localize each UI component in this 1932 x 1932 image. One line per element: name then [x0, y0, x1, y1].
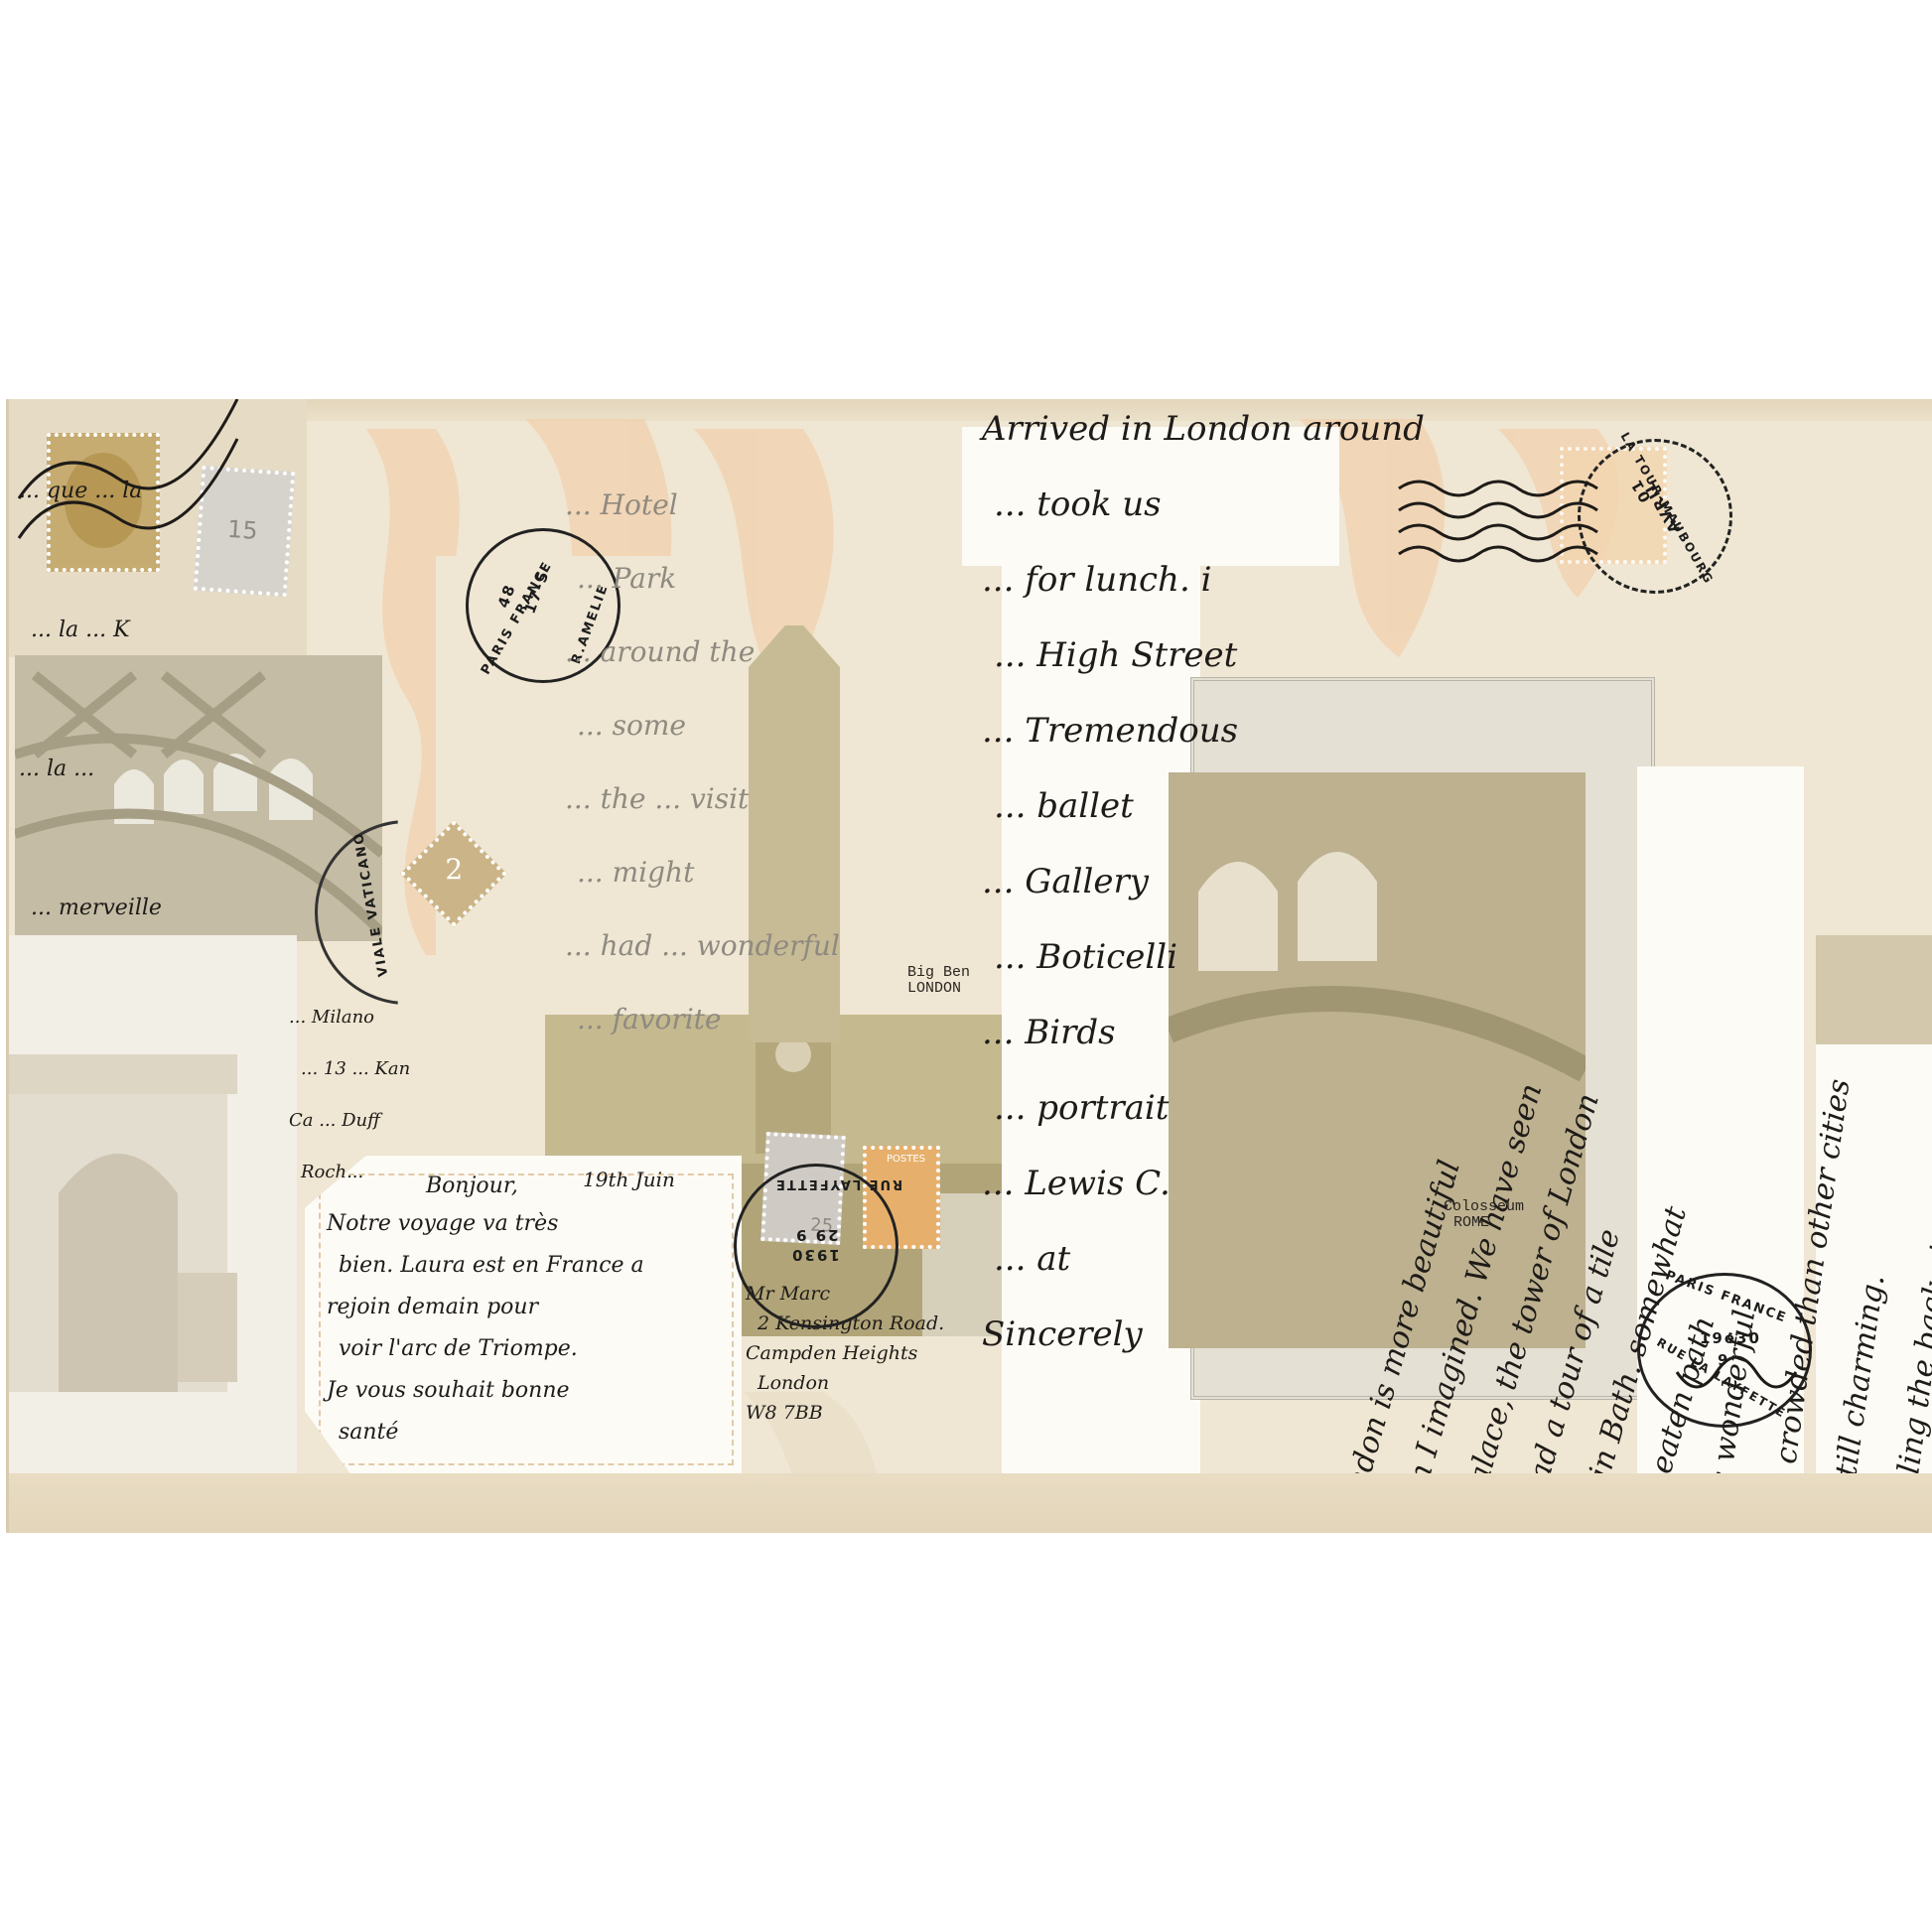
handwritten-line: Sincerely	[982, 1314, 1143, 1354]
handwritten-line: ... merveille	[31, 896, 162, 920]
handwritten-line: ... Milano	[289, 1007, 374, 1028]
handwritten-line: ... ballet	[994, 786, 1134, 826]
handwritten-line: ... Park	[577, 562, 676, 595]
handwritten-line: ... had ... wonderful	[565, 929, 840, 962]
handwritten-line: ... the ... visit	[565, 782, 749, 815]
handwritten-line: ... que ... la	[19, 479, 142, 503]
handwritten-line: ... Lewis C.	[982, 1164, 1171, 1203]
handwritten-line: ... 13 ... Kan	[301, 1058, 410, 1079]
handwritten-line: ... favorite	[577, 1003, 722, 1035]
handwritten-line: ... might	[577, 856, 694, 889]
handwritten-line: ... at	[994, 1239, 1070, 1279]
handwritten-line: ... Hotel	[565, 488, 678, 521]
handwritten-line: ... la ... K	[31, 618, 130, 642]
handwritten-line: ... for lunch. i	[982, 560, 1211, 600]
handwritten-line: ... Tremendous	[982, 711, 1238, 751]
handwritten-line: ... Birds	[982, 1013, 1116, 1052]
handwritten-line: ... Boticelli	[994, 937, 1177, 977]
bottom-edge-band	[9, 1473, 1932, 1533]
handwritten-line: Arrived in London around	[982, 409, 1425, 449]
handwritten-line: ... portrait	[994, 1088, 1169, 1128]
handwritten-line: ... Gallery	[982, 862, 1149, 901]
handwritten-line: ... some	[577, 709, 686, 742]
wallpaper-border: 15	[6, 399, 1932, 1533]
handwritten-line: ... High Street	[994, 635, 1237, 675]
handwritten-line: Ca ... Duff	[289, 1110, 380, 1131]
handwritten-line: ... la ...	[19, 757, 94, 781]
handwritten-line: ... around the	[565, 635, 755, 668]
handwritten-line: ... took us	[994, 484, 1162, 524]
handwritten-line: Roch...	[301, 1162, 363, 1182]
